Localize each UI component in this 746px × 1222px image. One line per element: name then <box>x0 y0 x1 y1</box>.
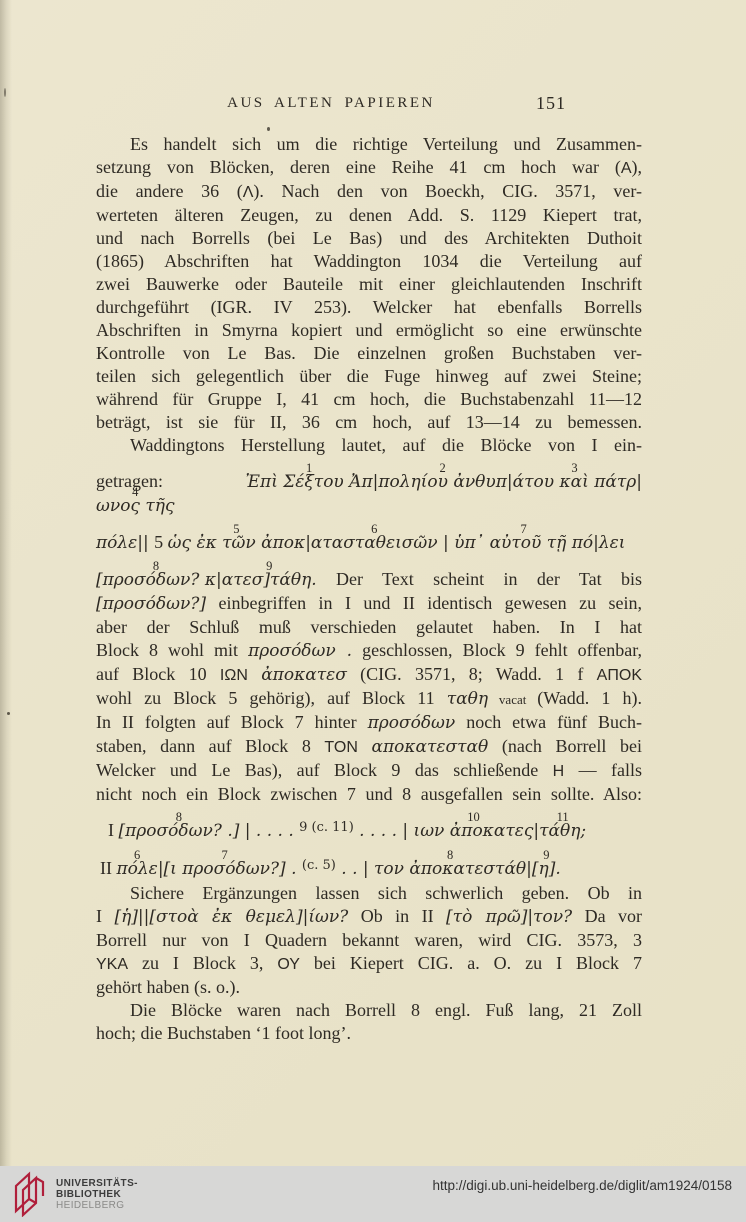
text-line: setzung von Blöcken, deren eine Reihe 41… <box>96 156 642 180</box>
greek-token: ἀποκατεσ <box>261 665 347 685</box>
page-header: AUS ALTEN PAPIEREN 151 <box>96 95 566 115</box>
caps-token: ΤΟΝ <box>324 739 357 756</box>
text-token: Es handelt sich um die richtige Verteilu… <box>130 134 642 154</box>
text-line: teilen sich gelegentlich über die Fuge h… <box>96 365 642 388</box>
text-line: [προσόδων?] einbegriffen in I und II ide… <box>96 592 642 616</box>
text-token: Block 8 wohl mit <box>96 640 248 660</box>
caps-token: ΟΥ <box>277 956 300 973</box>
footer-bar: UNIVERSITÄTS- BIBLIOTHEK HEIDELBERG http… <box>0 1166 746 1222</box>
scanned-page: AUS ALTEN PAPIEREN 151 Es handelt sich u… <box>0 0 746 1222</box>
text-token: die andere 36 ( <box>96 181 243 201</box>
block-number: 7 <box>521 518 527 541</box>
library-name-line2: BIBLIOTHEK <box>56 1189 138 1200</box>
greek-segment: 6ατασταθεισῶν <box>311 531 438 555</box>
text-line: Welcker und Le Bas), auf Block 9 das sch… <box>96 759 642 783</box>
text-token: — falls <box>564 760 642 780</box>
caps-token: Λ <box>243 184 254 201</box>
text-token: Die Blöcke waren nach Borrell 8 engl. Fu… <box>130 1000 642 1020</box>
library-name-line3: HEIDELBERG <box>56 1200 138 1211</box>
text-line: die andere 36 (Λ). Nach den von Boeckh, … <box>96 180 642 204</box>
university-library-logo <box>12 1171 48 1217</box>
block-number: 6 <box>371 518 377 541</box>
greek-segment: 5ὡς ἐκ τῶν ἀποκ <box>168 531 306 555</box>
text-line: zwei Bauwerke oder Bauteile mit einer gl… <box>96 273 642 296</box>
greek-token: πόλε|| <box>96 533 154 553</box>
greek-token: [προσόδων?] <box>96 594 206 614</box>
greek-segment: 3άτου καὶ πάτρ <box>513 470 637 494</box>
greek-segment: 10ιων ἀποκατες <box>414 819 534 843</box>
block-number: 11 <box>557 806 569 829</box>
text-token: wohl zu Block 5 gehörig), auf Block 11 <box>96 688 447 708</box>
greek-segment: 1Ἐπὶ Σέξτου Ἀπ <box>246 470 373 494</box>
text-token: geschlossen, Block 9 fehlt offenbar, <box>352 640 642 660</box>
greek-segment: 8[προσόδων? κ <box>96 568 216 592</box>
text-line: πόλε|| 5 5ὡς ἐκ τῶν ἀποκ|6ατασταθεισῶν |… <box>96 518 642 555</box>
text-line: Sichere Ergänzungen lassen sich schwerli… <box>96 882 642 905</box>
text-token: zwei Bauwerke oder Bauteile mit einer gl… <box>96 274 642 294</box>
running-title: AUS ALTEN PAPIEREN <box>96 95 566 112</box>
greek-token: ταθη <box>447 689 488 709</box>
scan-speck <box>267 127 270 131</box>
block-number: 8 <box>447 844 453 867</box>
greek-token: | <box>636 472 642 492</box>
text-line: durchgeführt (IGR. IV 253). Welcker hat … <box>96 296 642 319</box>
text-line: Borrell nur von I Quadern bekannt waren,… <box>96 929 642 952</box>
caps-token: A <box>621 160 632 177</box>
text-token: Welcker und Le Bas), auf Block 9 das sch… <box>96 760 553 780</box>
text-token: bei Kiepert CIG. a. O. zu I Block 7 <box>300 953 642 973</box>
text-line: Waddingtons Herstellung lautet, auf die … <box>96 434 642 457</box>
greek-segment: 2ποληίου ἀνθυπ <box>378 470 507 494</box>
greek-segment: 9ατεσ]τάθη. <box>222 568 317 592</box>
block-number: 8 <box>153 555 159 578</box>
scan-speck <box>7 712 10 715</box>
text-token: Ob in II <box>348 906 446 926</box>
text-token: auf Block 10 <box>96 664 220 684</box>
text-line: gehört haben (s. o.). <box>96 976 642 999</box>
text-token: aber der Schluß muß verschieden gelautet… <box>96 617 642 637</box>
text-line: Kontrolle von Le Bas. Die einzelnen groß… <box>96 342 642 365</box>
text-token: Waddingtons Herstellung lautet, auf die … <box>130 435 642 455</box>
greek-segment: 11τάθη; <box>539 819 586 843</box>
text-token: hoch; die Buchstaben ‘1 foot long’. <box>96 1023 351 1043</box>
block-number: 5 <box>233 518 239 541</box>
block-number: 2 <box>440 457 446 480</box>
text-line: Abschriften in Smyrna kopiert und ermögl… <box>96 319 642 342</box>
text-token: einbegriffen in I und II identisch gewes… <box>206 593 642 613</box>
caps-token: ΙΩΝ <box>220 667 248 684</box>
text-token: teilen sich gelegentlich über die Fuge h… <box>96 366 642 386</box>
text-line: staben, dann auf Block 8 ΤΟΝ αποκατεσταθ… <box>96 735 642 759</box>
text-line: ΥΚΑ zu I Block 3, ΟΥ bei Kiepert CIG. a.… <box>96 952 642 976</box>
text-line: und nach Borrells (bei Le Bas) und des A… <box>96 227 642 250</box>
greek-token: [τὸ πρῶ]|τον? <box>446 907 572 927</box>
text-line: beträgt, ist sie für II, 36 cm hoch, auf… <box>96 411 642 434</box>
block-number: 9 <box>266 555 272 578</box>
greek-token: αποκατεσταθ <box>372 737 489 757</box>
block-number: 7 <box>221 844 227 867</box>
text-token: durchgeführt (IGR. IV 253). Welcker hat … <box>96 297 642 317</box>
text-token: II <box>100 858 117 878</box>
raised-token: (c. 5) <box>302 858 336 873</box>
text-line: Es handelt sich um die richtige Verteilu… <box>96 133 642 156</box>
text-token: Kontrolle von Le Bas. Die einzelnen groß… <box>96 343 642 363</box>
text-line: I 8[προσόδων? .] | . . . . 9 (c. 11) . .… <box>96 806 642 844</box>
block-number: 10 <box>467 806 480 829</box>
text-token: I <box>108 820 119 840</box>
text-line: auf Block 10 ΙΩΝ ἀποκατεσ (CIG. 3571, 8;… <box>96 663 642 687</box>
page-number: 151 <box>536 93 566 114</box>
greek-segment: 4ωνος τῆς <box>96 494 174 518</box>
text-token: staben, dann auf Block 8 <box>96 736 324 756</box>
library-name: UNIVERSITÄTS- BIBLIOTHEK HEIDELBERG <box>56 1178 138 1211</box>
text-token: während für Gruppe I, 41 cm hoch, die Bu… <box>96 389 642 409</box>
block-number: 8 <box>176 806 182 829</box>
library-brand: UNIVERSITÄTS- BIBLIOTHEK HEIDELBERG <box>12 1171 138 1217</box>
text-token: zu I Block 3, <box>128 953 277 973</box>
text-token: getragen: <box>96 471 246 491</box>
greek-token: | . . . . <box>239 821 299 841</box>
text-token: gehört haben (s. o.). <box>96 977 240 997</box>
block-number: 3 <box>571 457 577 480</box>
block-number: 6 <box>134 844 140 867</box>
text-token: und nach Borrells (bei Le Bas) und des A… <box>96 228 642 248</box>
text-token: Abschriften in Smyrna kopiert und ermögl… <box>96 320 642 340</box>
text-line: hoch; die Buchstaben ‘1 foot long’. <box>96 1022 642 1045</box>
footer-url: http://digi.ub.uni-heidelberg.de/diglit/… <box>433 1178 732 1193</box>
greek-token: |λει <box>593 533 625 553</box>
text-token: ). Nach den von Boeckh, CIG. 3571, ver- <box>253 181 642 201</box>
text-line: (1865) Abschriften hat Waddington 1034 d… <box>96 250 642 273</box>
block-number: 4 <box>132 481 138 504</box>
text-line: getragen: 1Ἐπὶ Σέξτου Ἀπ|2ποληίου ἀνθυπ|… <box>96 457 642 518</box>
scan-speck <box>4 88 6 97</box>
block-number: 9 <box>543 844 549 867</box>
text-token: (CIG. 3571, 8; Wadd. 1 f <box>347 664 597 684</box>
text-line: werteten älteren Zeugen, zu denen Add. S… <box>96 204 642 227</box>
text-token: (nach Borrell bei <box>488 736 642 756</box>
small-token: vacat <box>488 692 537 707</box>
text-token <box>248 664 261 684</box>
text-token: 5 <box>154 532 168 552</box>
greek-segment: 7ὑπ᾽ αὐτοῦ τῇ πό <box>454 531 593 555</box>
greek-segment: 8[προσόδων? .] <box>119 819 240 843</box>
caps-token: Η <box>553 763 565 780</box>
text-line: nicht noch ein Block zwischen 7 und 8 au… <box>96 783 642 806</box>
greek-segment: 7[ι προσόδων?] <box>164 857 286 881</box>
text-token: Der Text scheint in der Tat bis <box>317 569 642 589</box>
body-text: Es handelt sich um die richtige Verteilu… <box>96 133 642 1045</box>
greek-token: | <box>438 533 455 553</box>
text-line: 8[προσόδων? κ|9ατεσ]τάθη. Der Text schei… <box>96 555 642 592</box>
greek-segment: 6πόλε <box>117 857 158 881</box>
text-line: I [ἡ]||[στοὰ ἐκ θεμελ]|ίων? Ob in II [τὸ… <box>96 905 642 929</box>
page-edge-shadow <box>0 0 12 1222</box>
text-line: wohl zu Block 5 gehörig), auf Block 11 τ… <box>96 687 642 711</box>
raised-token: 9 (c. 11) <box>299 820 354 835</box>
text-line: während für Gruppe I, 41 cm hoch, die Bu… <box>96 388 642 411</box>
text-token: I <box>96 906 114 926</box>
greek-token: προσόδων <box>368 713 456 733</box>
text-line: Die Blöcke waren nach Borrell 8 engl. Fu… <box>96 999 642 1022</box>
greek-token: [ἡ]||[στοὰ ἐκ θεμελ]|ίων? <box>114 907 348 927</box>
text-line: In II folgten auf Block 7 hinter προσόδω… <box>96 711 642 735</box>
caps-token: ΑΠΟΚ <box>597 667 642 684</box>
text-token: In II folgten auf Block 7 hinter <box>96 712 368 732</box>
text-token: setzung von Blöcken, deren eine Reihe 41… <box>96 157 621 177</box>
text-line: aber der Schluß muß verschieden gelautet… <box>96 616 642 639</box>
text-token: Sichere Ergänzungen lassen sich schwerli… <box>130 883 642 903</box>
text-token: Da vor <box>572 906 642 926</box>
library-name-line1: UNIVERSITÄTS- <box>56 1178 138 1189</box>
greek-segment: 8τον ἀποκατεστάθ <box>374 857 526 881</box>
text-token: nicht noch ein Block zwischen 7 und 8 au… <box>96 784 642 804</box>
text-token: werteten älteren Zeugen, zu denen Add. S… <box>96 205 642 225</box>
greek-token: . <box>286 859 302 879</box>
text-line: II 6πόλε|7[ι προσόδων?] . (c. 5) . . | 8… <box>96 844 642 882</box>
greek-token: . . | <box>336 859 374 879</box>
text-token: (Wadd. 1 h). <box>537 688 642 708</box>
caps-token: ΥΚΑ <box>96 956 128 973</box>
text-token: (1865) Abschriften hat Waddington 1034 d… <box>96 251 642 271</box>
text-line: Block 8 wohl mit προσόδων . geschlossen,… <box>96 639 642 663</box>
text-token: beträgt, ist sie für II, 36 cm hoch, auf… <box>96 412 642 432</box>
text-token: ), <box>632 157 643 177</box>
greek-token: . . . . | <box>354 821 414 841</box>
text-token <box>358 736 372 756</box>
text-token: Borrell nur von I Quadern bekannt waren,… <box>96 930 642 950</box>
block-number: 1 <box>306 457 312 480</box>
greek-token: προσόδων . <box>248 641 352 661</box>
greek-segment: 9[η]. <box>532 857 561 881</box>
text-token: noch etwa fünf Buch- <box>455 712 642 732</box>
